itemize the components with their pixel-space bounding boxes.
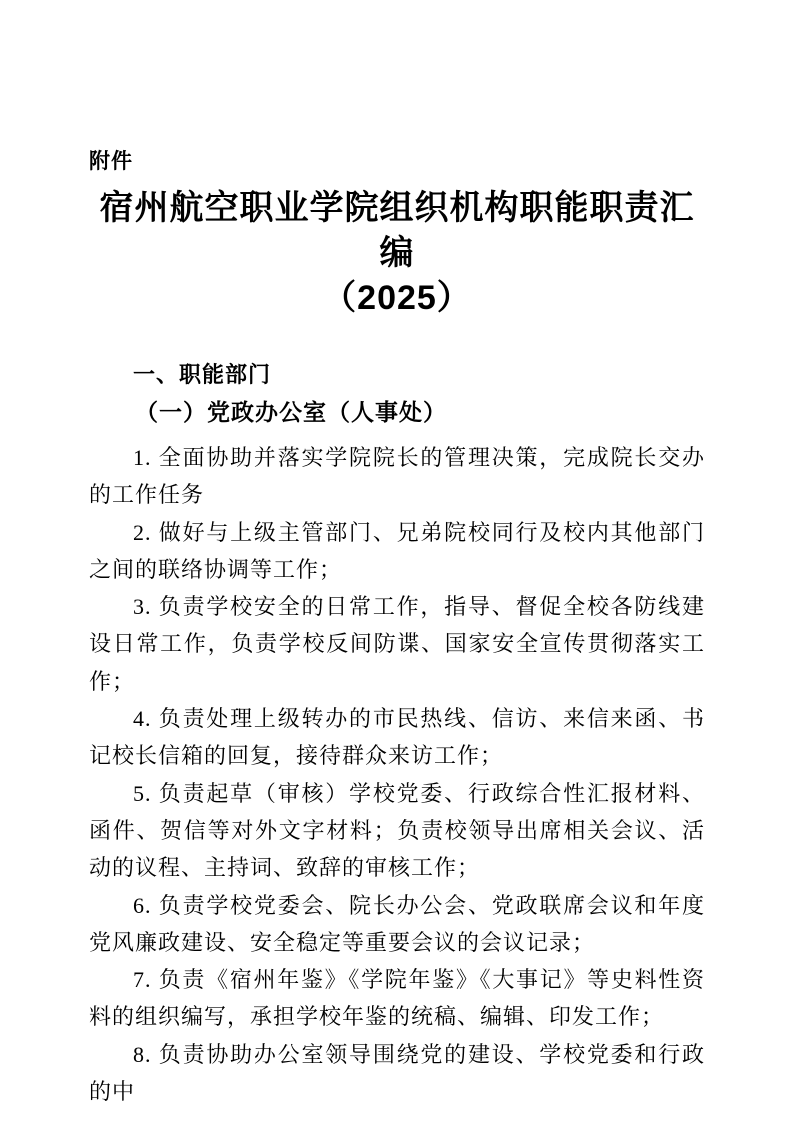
paragraph-5: 5. 负责起草（审核）学校党委、行政综合性汇报材料、函件、贺信等对外文字材料；负… — [89, 775, 705, 887]
paragraph-8: 8. 负责协助办公室领导围绕党的建设、学校党委和行政的中 — [89, 1036, 705, 1111]
attachment-label: 附件 — [89, 150, 705, 174]
document-page: 附件 宿州航空职业学院组织机构职能职责汇编 （2025） 一、职能部门 （一）党… — [0, 0, 793, 1122]
paragraph-4: 4. 负责处理上级转办的市民热线、信访、来信来函、书记校长信箱的回复，接待群众来… — [89, 700, 705, 775]
document-title-year: （2025） — [89, 276, 705, 321]
body-text: 1. 全面协助并落实学院院长的管理决策，完成院长交办的工作任务 2. 做好与上级… — [89, 439, 705, 1110]
section-heading: 一、职能部门 — [89, 357, 705, 393]
paragraph-1: 1. 全面协助并落实学院院长的管理决策，完成院长交办的工作任务 — [89, 439, 705, 514]
paragraph-3: 3. 负责学校安全的日常工作，指导、督促全校各防线建设日常工作，负责学校反间防谍… — [89, 588, 705, 700]
document-title-block: 宿州航空职业学院组织机构职能职责汇编 （2025） — [89, 186, 705, 321]
page-content: 附件 宿州航空职业学院组织机构职能职责汇编 （2025） 一、职能部门 （一）党… — [89, 150, 705, 1110]
paragraph-2: 2. 做好与上级主管部门、兄弟院校同行及校内其他部门之间的联络协调等工作； — [89, 514, 705, 589]
document-title: 宿州航空职业学院组织机构职能职责汇编 — [89, 186, 705, 276]
subsection-heading: （一）党政办公室（人事处） — [89, 395, 705, 431]
paragraph-7: 7. 负责《宿州年鉴》《学院年鉴》《大事记》等史料性资料的组织编写，承担学校年鉴… — [89, 961, 705, 1036]
paragraph-6: 6. 负责学校党委会、院长办公会、党政联席会议和年度党风廉政建设、安全稳定等重要… — [89, 887, 705, 962]
